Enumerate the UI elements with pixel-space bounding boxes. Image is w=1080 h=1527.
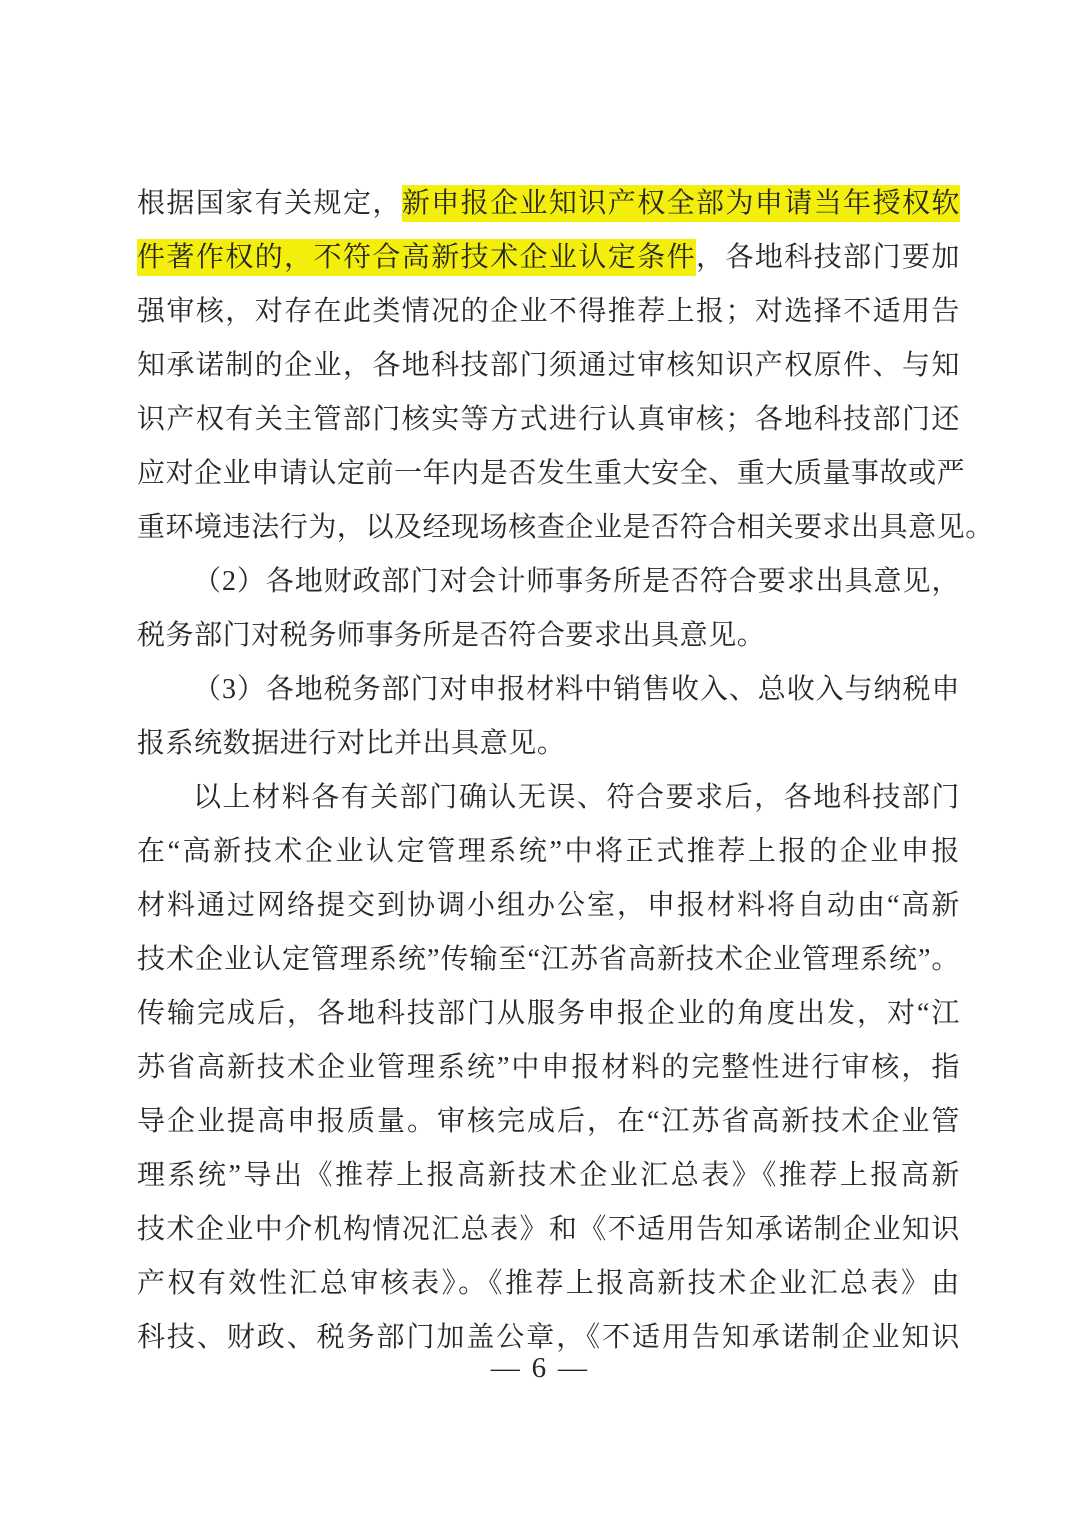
text-line: 在“高新技术企业认定管理系统”中将正式推荐上报的企业申报	[137, 825, 960, 879]
text-line: 知承诺制的企业，各地科技部门须通过审核知识产权原件、与知	[137, 339, 960, 393]
text-line: （3）各地税务部门对申报材料中销售收入、总收入与纳税申	[137, 663, 960, 717]
text-line: 产权有效性汇总审核表》。《推荐上报高新技术企业汇总表》由	[137, 1257, 960, 1311]
text-line: 技术企业认定管理系统”传输至“江苏省高新技术企业管理系统”。	[137, 933, 960, 987]
body-text: 以上材料各有关部门确认无误、符合要求后，各地科技部门	[193, 782, 960, 813]
body-text: 材料通过网络提交到协调小组办公室，申报材料将自动由“高新	[137, 890, 960, 921]
text-line: 应对企业申请认定前一年内是否发生重大安全、重大质量事故或严	[137, 447, 960, 501]
highlighted-text: 新申报企业知识产权全部为申请当年授权软	[402, 185, 960, 222]
body-text: 导企业提高申报质量。审核完成后，在“江苏省高新技术企业管	[137, 1106, 960, 1137]
text-line: （2）各地财政部门对会计师事务所是否符合要求出具意见，	[137, 555, 960, 609]
text-line: 报系统数据进行对比并出具意见。	[137, 717, 960, 771]
body-text: 识产权有关主管部门核实等方式进行认真审核；各地科技部门还	[137, 404, 960, 435]
text-line: 以上材料各有关部门确认无误、符合要求后，各地科技部门	[137, 771, 960, 825]
body-text: 报系统数据进行对比并出具意见。	[137, 728, 565, 759]
text-line: 根据国家有关规定，新申报企业知识产权全部为申请当年授权软	[137, 177, 960, 231]
body-text-block: 根据国家有关规定，新申报企业知识产权全部为申请当年授权软件著作权的，不符合高新技…	[137, 177, 960, 1365]
body-text: 传输完成后，各地科技部门从服务申报企业的角度出发，对“江	[137, 998, 960, 1029]
text-line: 识产权有关主管部门核实等方式进行认真审核；各地科技部门还	[137, 393, 960, 447]
body-text: 技术企业中介机构情况汇总表》和《不适用告知承诺制企业知识	[137, 1214, 960, 1245]
text-line: 导企业提高申报质量。审核完成后，在“江苏省高新技术企业管	[137, 1095, 960, 1149]
text-line: 技术企业中介机构情况汇总表》和《不适用告知承诺制企业知识	[137, 1203, 960, 1257]
text-line: 传输完成后，各地科技部门从服务申报企业的角度出发，对“江	[137, 987, 960, 1041]
page-number: — 6 —	[0, 1346, 1080, 1390]
body-text: 重环境违法行为，以及经现场核查企业是否符合相关要求出具意见。	[137, 512, 994, 543]
body-text: 产权有效性汇总审核表》。《推荐上报高新技术企业汇总表》由	[137, 1268, 960, 1299]
body-text: 理系统”导出《推荐上报高新技术企业汇总表》《推荐上报高新	[137, 1160, 960, 1191]
text-line: 理系统”导出《推荐上报高新技术企业汇总表》《推荐上报高新	[137, 1149, 960, 1203]
text-line: 件著作权的，不符合高新技术企业认定条件，各地科技部门要加	[137, 231, 960, 285]
text-line: 强审核，对存在此类情况的企业不得推荐上报；对选择不适用告	[137, 285, 960, 339]
body-text: （3）各地税务部门对申报材料中销售收入、总收入与纳税申	[193, 674, 960, 705]
body-text: 应对企业申请认定前一年内是否发生重大安全、重大质量事故或严	[137, 458, 965, 489]
body-text: 税务部门对税务师事务所是否符合要求出具意见。	[137, 620, 765, 651]
highlighted-text: 件著作权的，不符合高新技术企业认定条件	[137, 239, 696, 276]
text-line: 材料通过网络提交到协调小组办公室，申报材料将自动由“高新	[137, 879, 960, 933]
text-line: 税务部门对税务师事务所是否符合要求出具意见。	[137, 609, 960, 663]
text-line: 重环境违法行为，以及经现场核查企业是否符合相关要求出具意见。	[137, 501, 960, 555]
body-text: 苏省高新技术企业管理系统”中申报材料的完整性进行审核，指	[137, 1052, 960, 1083]
body-text: （2）各地财政部门对会计师事务所是否符合要求出具意见，	[193, 566, 960, 597]
body-text: 技术企业认定管理系统”传输至“江苏省高新技术企业管理系统”。	[137, 944, 960, 975]
body-text: ，各地科技部门要加	[696, 242, 960, 273]
document-page: 根据国家有关规定，新申报企业知识产权全部为申请当年授权软件著作权的，不符合高新技…	[0, 0, 1080, 1527]
body-text: 强审核，对存在此类情况的企业不得推荐上报；对选择不适用告	[137, 296, 960, 327]
body-text: 在“高新技术企业认定管理系统”中将正式推荐上报的企业申报	[137, 836, 960, 867]
body-text: 根据国家有关规定，	[137, 188, 402, 219]
text-line: 苏省高新技术企业管理系统”中申报材料的完整性进行审核，指	[137, 1041, 960, 1095]
body-text: 知承诺制的企业，各地科技部门须通过审核知识产权原件、与知	[137, 350, 960, 381]
